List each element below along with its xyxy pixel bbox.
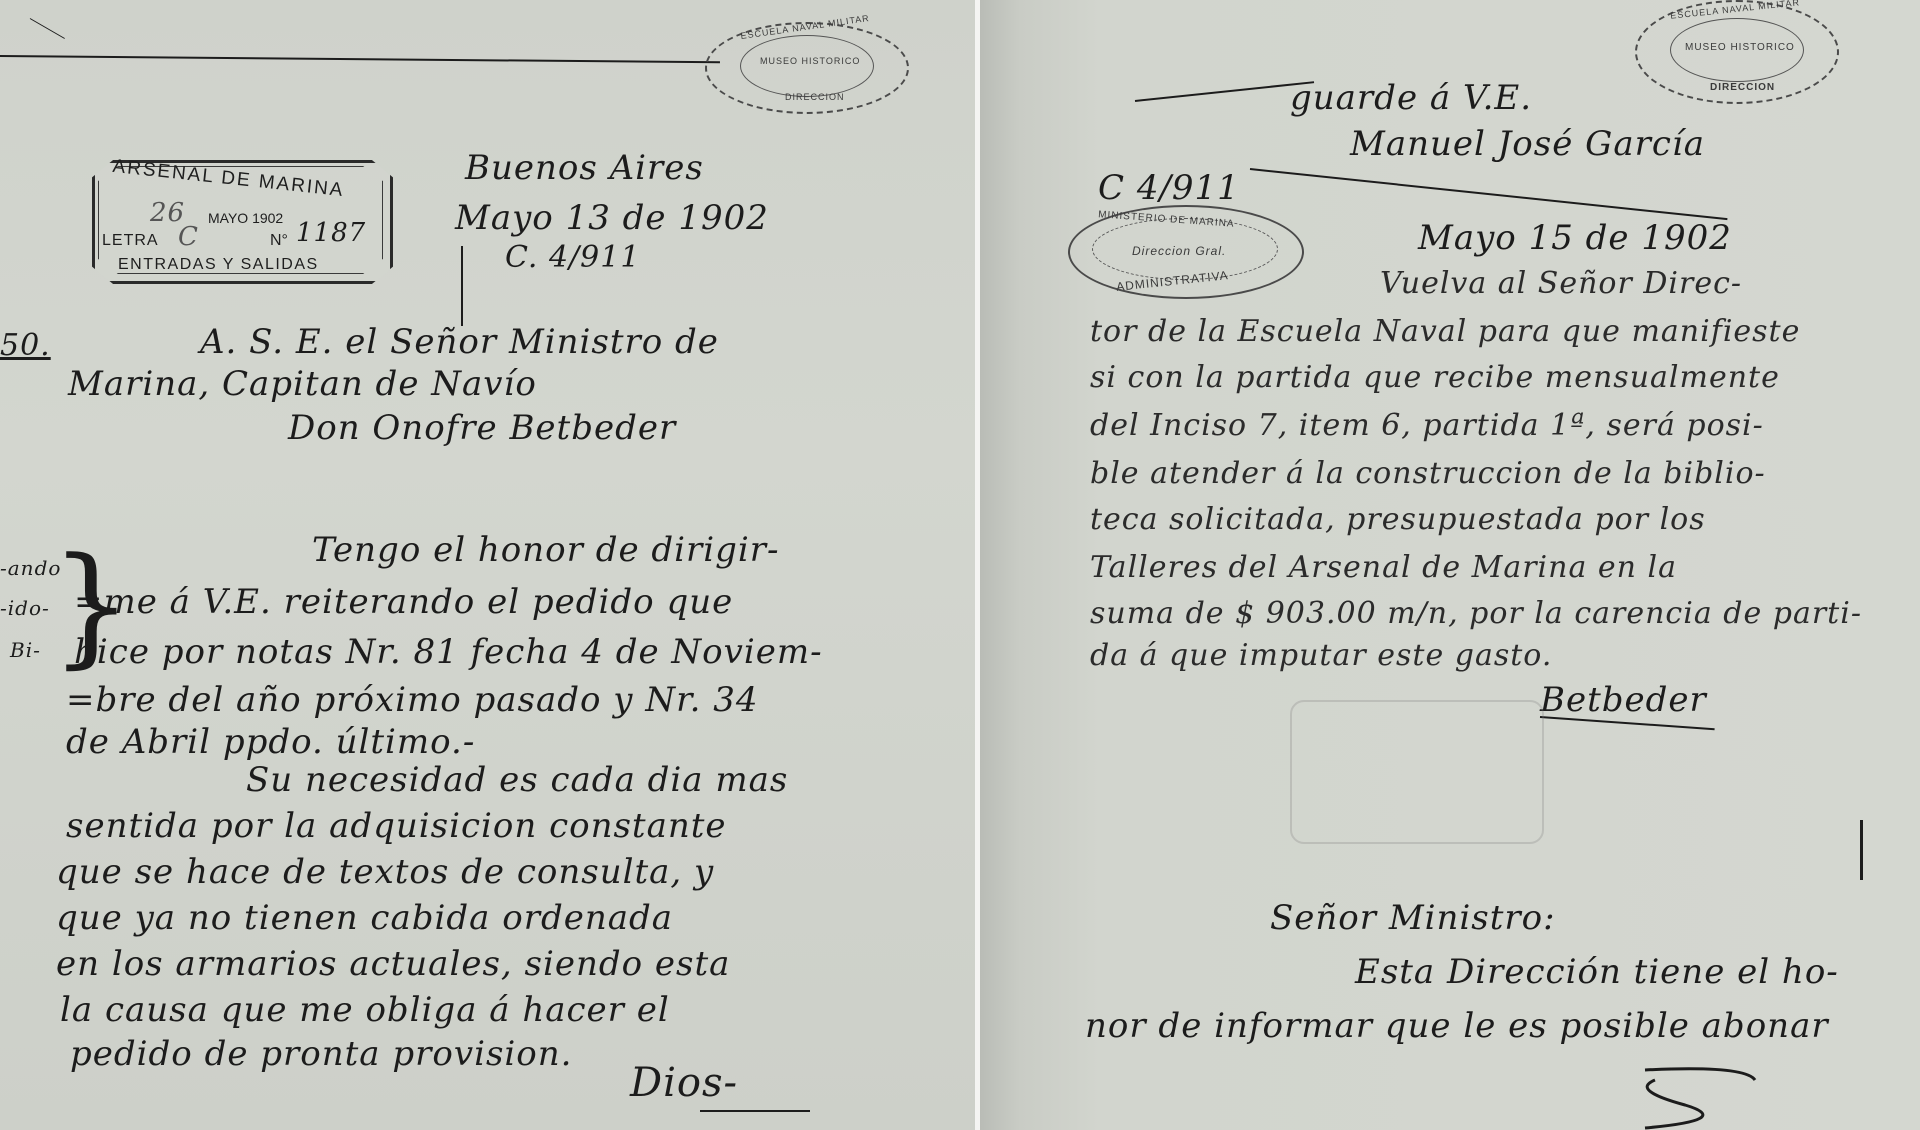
body-line-9: que ya no tienen cabida ordenada [56, 898, 673, 938]
museum-stamp-bottom-text: DIRECCION [1710, 82, 1775, 93]
squiggle-mark [1625, 1060, 1765, 1130]
signature-top: Manuel José García [1350, 124, 1705, 164]
signature: Betbeder [1540, 680, 1707, 720]
corner-mark [30, 18, 65, 39]
reply-line-1: Esta Dirección tiene el ho- [1355, 952, 1839, 992]
body-line-1: Tengo el honor de dirigir- [312, 530, 780, 570]
body-line-3: hice por notas Nr. 81 fecha 4 de Noviem- [74, 632, 823, 672]
body-line-5: de Abril ppdo. último.- [66, 722, 475, 762]
museum-stamp-center-text: MUSEO HISTORICO [760, 56, 860, 66]
body-line-6: Su necesidad es cada dia mas [246, 760, 788, 800]
body-line-4: =bre del año próximo pasado y Nr. 34 [66, 680, 758, 720]
body-line-3: si con la partida que recibe mensualment… [1090, 360, 1780, 395]
arsenal-stamp-letra-value: C [178, 222, 199, 252]
margin-note-line-3: Bi- [10, 638, 41, 662]
body-line-11: la causa que me obliga á hacer el [60, 990, 670, 1030]
arsenal-stamp-month-year: MAYO 1902 [208, 210, 283, 226]
edge-bracket [1860, 820, 1863, 880]
right-document-page: ESCUELA NAVAL MILITAR MUSEO HISTORICO DI… [980, 0, 1920, 1130]
museum-stamp-bottom-text: DIRECCION [785, 92, 845, 102]
body-line-7: Talleres del Arsenal de Marina en la [1090, 550, 1677, 585]
reply-line-2: nor de informar que le es posible abonar [1085, 1006, 1829, 1046]
faint-background-stamp [1290, 700, 1544, 844]
body-line-4: del Inciso 7, item 6, partida 1ª, será p… [1090, 408, 1764, 443]
arsenal-stamp-number-value: 1187 [296, 218, 366, 248]
margin-vertical-mark [461, 246, 463, 326]
file-ref: C 4/911 [1098, 168, 1240, 208]
signature-flourish [1250, 168, 1728, 220]
body-line-12: pedido de pronta provision. [70, 1034, 572, 1074]
closing-word: Dios- [630, 1060, 738, 1106]
arsenal-stamp-number-label: N° [270, 232, 288, 250]
body-line-10: en los armarios actuales, siendo esta [56, 944, 730, 984]
crease-line [0, 55, 720, 63]
salutation: guarde á V.E. [1290, 78, 1532, 118]
arsenal-stamp-footer: ENTRADAS Y SALIDAS [118, 256, 319, 274]
margin-number: 50. [0, 328, 51, 363]
body-line-2: =me á V.E. reiterando el pedido que [74, 582, 733, 622]
addressee-line-1: A. S. E. el Señor Ministro de [200, 322, 719, 362]
arsenal-stamp-letra-label: LETRA [102, 232, 159, 250]
letter-place: Buenos Aires [465, 148, 704, 188]
museum-stamp-inner [740, 35, 874, 97]
ministry-stamp-center-text: Direccion Gral. [1132, 244, 1226, 258]
margin-note-line-2: -ido- [0, 596, 50, 620]
body-line-9: da á que imputar este gasto. [1090, 638, 1552, 673]
body-line-7: sentida por la adquisicion constante [66, 806, 727, 846]
body-line-2: tor de la Escuela Naval para que manifie… [1090, 314, 1800, 349]
closing-underline [700, 1110, 810, 1112]
letter-file-ref: C. 4/911 [505, 240, 640, 275]
body-line-6: teca solicitada, presupuestada por los [1090, 502, 1706, 537]
museum-stamp-center-text: MUSEO HISTORICO [1685, 42, 1795, 53]
reply-heading: Señor Ministro: [1270, 898, 1556, 938]
flourish-line [1135, 81, 1314, 102]
body-line-5: ble atender á la construccion de la bibl… [1090, 456, 1766, 491]
addressee-line-3: Don Onofre Betbeder [288, 408, 676, 448]
addressee-line-2: Marina, Capitan de Navío [68, 364, 537, 404]
body-line-8: suma de $ 903.00 m/n, por la carencia de… [1090, 596, 1862, 631]
letter-date: Mayo 15 de 1902 [1418, 218, 1732, 258]
body-line-8: que se hace de textos de consulta, y [56, 852, 714, 892]
body-line-1: Vuelva al Señor Direc- [1380, 266, 1742, 301]
left-document-page: ESCUELA NAVAL MILITAR MUSEO HISTORICO DI… [0, 0, 975, 1130]
letter-date: Mayo 13 de 1902 [455, 198, 769, 238]
